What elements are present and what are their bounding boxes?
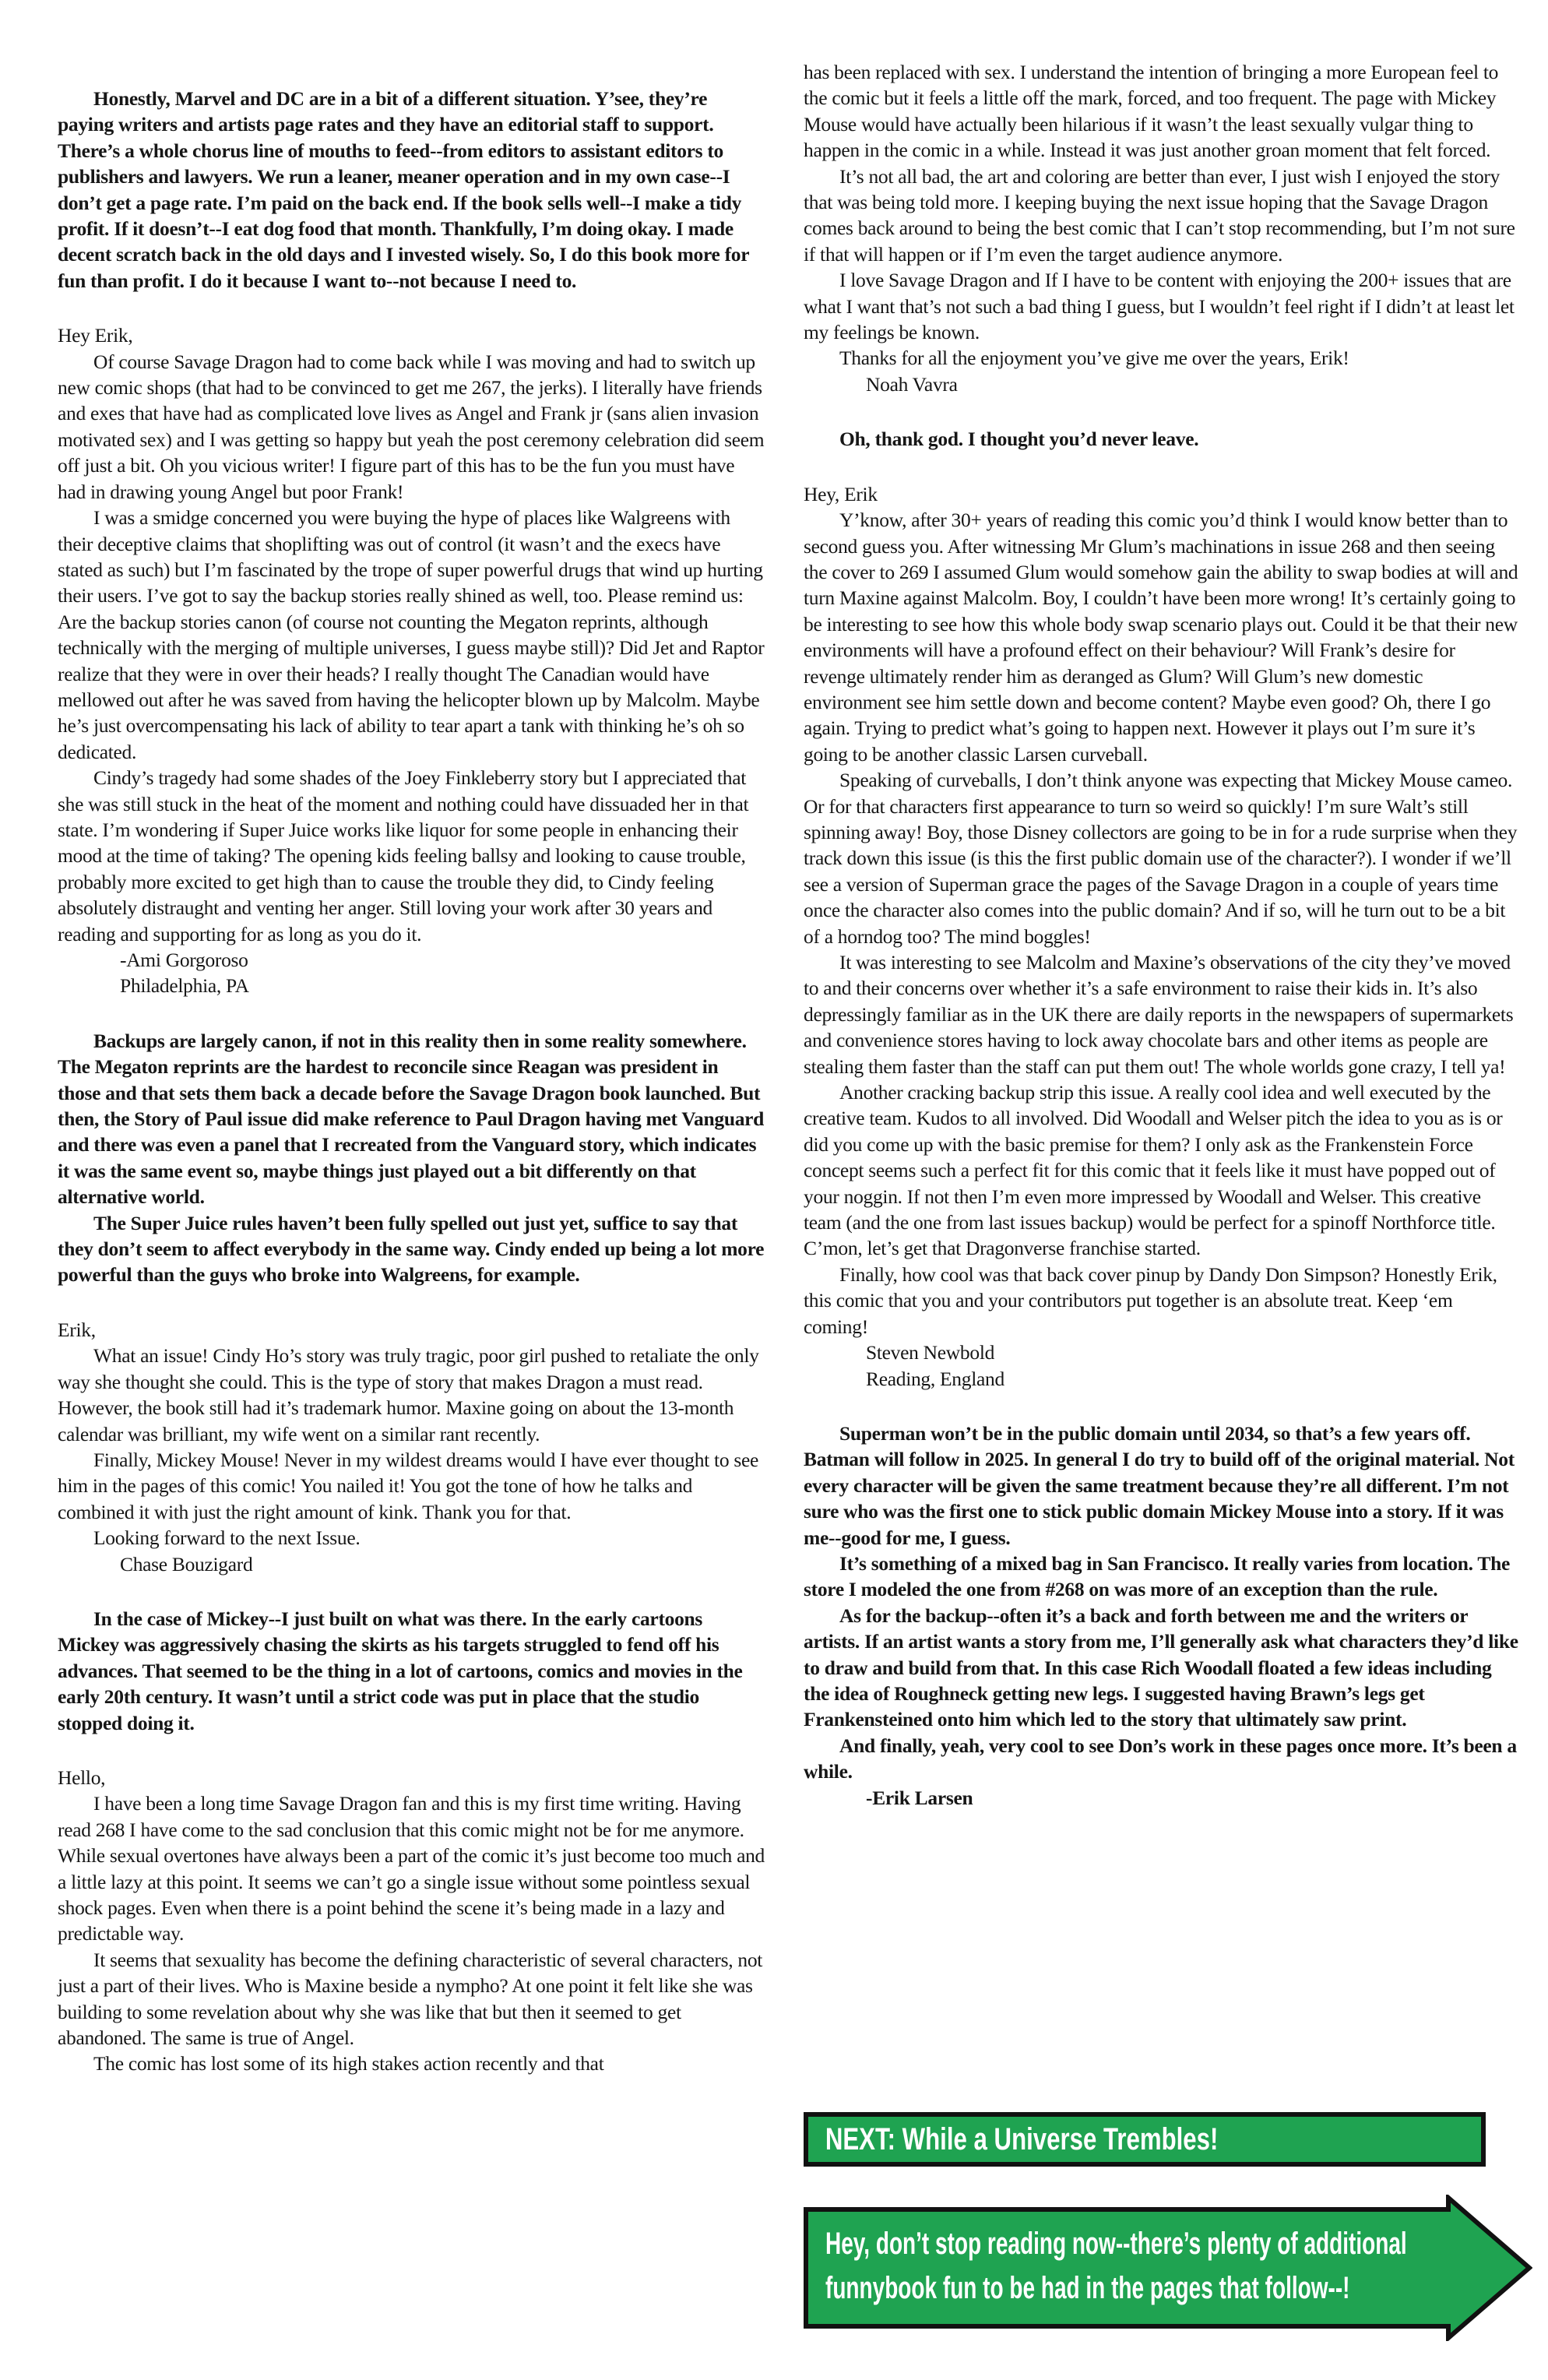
paragraph: The Super Juice rules haven’t been fully… — [58, 1210, 765, 1288]
paragraph: It’s not all bad, the art and coloring a… — [804, 164, 1518, 268]
next-issue-banner-label: NEXT: While a Universe Trembles! — [808, 2122, 1218, 2157]
signature: -Erik Larsen — [804, 1785, 1518, 1811]
paragraph: What an issue! Cindy Ho’s story was trul… — [58, 1343, 765, 1447]
paragraph: Thanks for all the enjoyment you’ve give… — [804, 345, 1518, 371]
signature: Philadelphia, PA — [58, 973, 765, 998]
paragraph: Honestly, Marvel and DC are in a bit of … — [58, 86, 765, 294]
next-issue-banner: NEXT: While a Universe Trembles! — [804, 2112, 1486, 2167]
signature: Noah Vavra — [804, 371, 1518, 397]
salutation: Hey Erik, — [58, 322, 765, 348]
paragraph: As for the backup--often it’s a back and… — [804, 1603, 1518, 1733]
letters-column-right: has been replaced with sex. I understand… — [804, 59, 1518, 1811]
paragraph: I love Savage Dragon and If I have to be… — [804, 267, 1518, 345]
paragraph: Finally, Mickey Mouse! Never in my wilde… — [58, 1447, 765, 1525]
paragraph: Of course Savage Dragon had to come back… — [58, 349, 765, 505]
paragraph: Y’know, after 30+ years of reading this … — [804, 507, 1518, 767]
paragraph: Superman won’t be in the public domain u… — [804, 1421, 1518, 1551]
arrow-right-banner-shape — [804, 2195, 1532, 2341]
paragraph: Backups are largely canon, if not in thi… — [58, 1028, 765, 1210]
paragraph: It was interesting to see Malcolm and Ma… — [804, 949, 1518, 1079]
paragraph: Speaking of curveballs, I don’t think an… — [804, 767, 1518, 949]
paragraph: It seems that sexuality has become the d… — [58, 1947, 765, 2051]
salutation: Erik, — [58, 1317, 765, 1343]
paragraph: Looking forward to the next Issue. — [58, 1525, 765, 1551]
letters-column-left: Honestly, Marvel and DC are in a bit of … — [58, 86, 765, 2077]
paragraph: Finally, how cool was that back cover pi… — [804, 1262, 1518, 1340]
letters-page: { "page": { "background_color": "#ffffff… — [0, 0, 1548, 2380]
paragraph: In the case of Mickey--I just built on w… — [58, 1606, 765, 1736]
signature: Chase Bouzigard — [58, 1551, 765, 1577]
paragraph: I have been a long time Savage Dragon fa… — [58, 1790, 765, 1946]
paragraph: The comic has lost some of its high stak… — [58, 2051, 765, 2076]
paragraph: Cindy’s tragedy had some shades of the J… — [58, 765, 765, 947]
paragraph: I was a smidge concerned you were buying… — [58, 505, 765, 765]
paragraph: has been replaced with sex. I understand… — [804, 59, 1518, 164]
salutation: Hey, Erik — [804, 481, 1518, 507]
salutation: Hello, — [58, 1765, 765, 1790]
signature: Steven Newbold — [804, 1340, 1518, 1365]
paragraph: Another cracking backup strip this issue… — [804, 1079, 1518, 1262]
paragraph: It’s something of a mixed bag in San Fra… — [804, 1551, 1518, 1603]
paragraph: And finally, yeah, very cool to see Don’… — [804, 1733, 1518, 1785]
paragraph: Oh, thank god. I thought you’d never lea… — [804, 426, 1518, 452]
signature: -Ami Gorgoroso — [58, 947, 765, 973]
signature: Reading, England — [804, 1366, 1518, 1392]
